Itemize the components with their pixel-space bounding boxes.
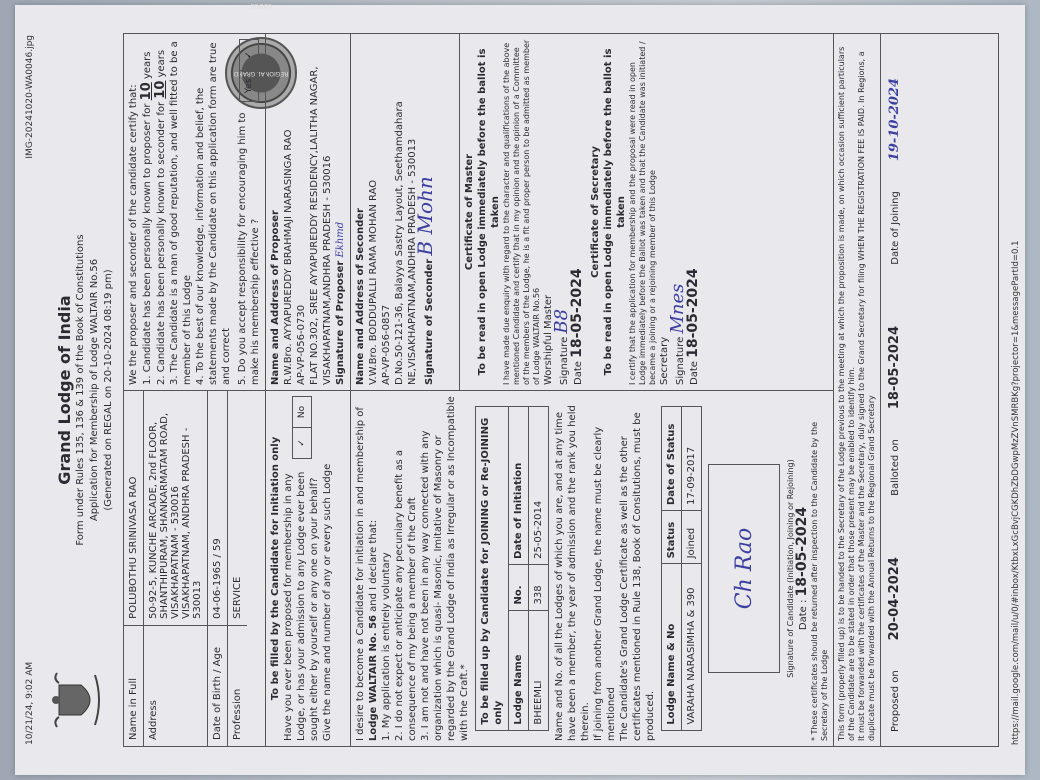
master-date: 18-05-2024 xyxy=(569,268,585,358)
seconder-and-certificates: Name and Address of Seconder V.W.Bro. BO… xyxy=(351,34,833,390)
proposer-certification: We the proposer and seconder of the cand… xyxy=(124,34,265,390)
candidate-dob: 04-06-1965 / 59 xyxy=(208,391,228,625)
candidate-sign-date: 18-05-2024 xyxy=(794,507,810,597)
lodge-history-table: Lodge Name & NoStatusDate of Status VARA… xyxy=(661,406,702,730)
candidate-details-table: Name in FullPOLUBOTHU SRINIVASA RAO Addr… xyxy=(124,391,247,746)
application-form-page: 10/21/24, 9:02 AM IMG-20241020-WA0046.jp… xyxy=(15,5,1025,775)
proposer-address: FLAT NO.302, SREE AYYAPUREDDY RESIDENCY,… xyxy=(308,39,334,385)
joining-date: 19-10-2024 xyxy=(887,78,902,161)
candidate-profession: SERVICE xyxy=(228,391,248,625)
secretary-certificate-title: Certificate of Secretary xyxy=(589,39,602,385)
print-timestamp: 10/21/24, 9:02 AM xyxy=(25,662,35,745)
master-certificate-title: Certificate of Master xyxy=(463,39,476,385)
table-row: Address50-92-5, KUNCHE ARCADE, 2nd FLOOR… xyxy=(144,391,208,746)
proposed-date: 20-04-2024 xyxy=(887,557,902,640)
proposer-signature: Ekhmd xyxy=(335,222,346,258)
seconder-signature: B Mohn xyxy=(413,176,437,255)
candidate-name: POLUBOTHU SRINIVASA RAO xyxy=(124,391,144,625)
form-generated: (Generated on REGAL on 20-10-2024 08:19 … xyxy=(102,5,116,775)
responsibility-checkbox[interactable]: Yes✓ xyxy=(239,39,259,102)
form-header: Grand Lodge of India Form under Rules 13… xyxy=(55,5,116,775)
seconder-name: V.W.Bro. BODDUPALLI RAMA MOHAN RAO xyxy=(367,39,380,385)
proposer-reg: AP-VP-056-0730 xyxy=(295,39,308,385)
proposer-name: R.W.Bro. AYYAPUREDDY BRAHMAJI NARASINGA … xyxy=(282,39,295,385)
declaration-section: I desire to become a Candidate for initi… xyxy=(351,390,833,746)
form-application: Application for Membership of Lodge WALT… xyxy=(88,5,102,775)
table-row: Date of Birth / Age04-06-1965 / 59 xyxy=(208,391,228,746)
print-header: 10/21/24, 9:02 AM IMG-20241020-WA0046.jp… xyxy=(25,35,35,745)
proposer-years: 10 xyxy=(139,82,154,100)
ballot-dates: Proposed on20-04-2024 Balloted on18-05-2… xyxy=(881,34,908,746)
initiation-section: To be filled by the Candidate for Initia… xyxy=(266,390,350,746)
table-row: VARAHA NARASIMHA & 390Joined17-09-2017 xyxy=(682,407,702,730)
secretary-date: 18-05-2024 xyxy=(685,268,701,358)
seconder-years: 10 xyxy=(153,81,168,99)
filing-notice: This form (properly filled up) is to be … xyxy=(834,34,881,746)
seconder-reg: AP-VP-056-0857 xyxy=(380,39,393,385)
candidate-signature-box: Ch Rao xyxy=(708,464,780,673)
table-row: Name in FullPOLUBOTHU SRINIVASA RAO xyxy=(124,391,144,746)
print-url: https://mail.google.com/mail/u/0/#inbox/… xyxy=(1011,35,1021,745)
form-body: Name in FullPOLUBOTHU SRINIVASA RAO Addr… xyxy=(123,33,999,747)
form-rules: Form under Rules 135, 136 & 139 of the B… xyxy=(74,5,88,775)
previous-proposal-checkbox[interactable]: ✓No xyxy=(292,396,312,459)
candidate-address: 50-92-5, KUNCHE ARCADE, 2nd FLOOR, SHANT… xyxy=(144,391,208,625)
table-row: BHEEMLI33825-05-2014 xyxy=(529,407,549,730)
form-title: Grand Lodge of India xyxy=(55,5,74,775)
proposer-details: Name and Address of Proposer R.W.Bro. AY… xyxy=(266,34,350,390)
balloted-date: 18-05-2024 xyxy=(887,326,902,409)
table-row: ProfessionSERVICE xyxy=(228,391,248,746)
print-filename: IMG-20241020-WA0046.jpg xyxy=(25,35,35,159)
joining-table: To be filled up by Candidate for JOINING… xyxy=(475,406,549,730)
